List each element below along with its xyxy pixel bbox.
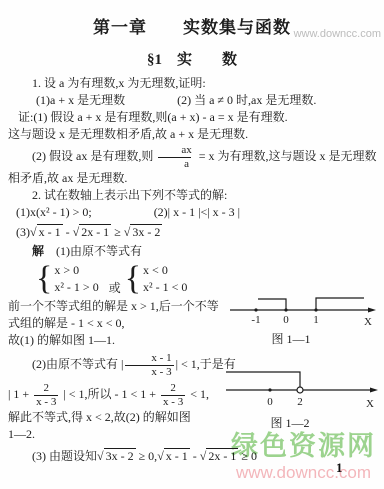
tick-label: -1 — [251, 314, 260, 326]
tick-label: 0 — [283, 314, 289, 326]
axis-label: X — [364, 316, 372, 326]
sol2-line2: | 1 + 2x - 3 | < 1,所以 - 1 < 1 + 2x - 3 <… — [8, 379, 246, 409]
sol3-prefix: (3) 由题设知 — [32, 449, 97, 463]
chapter-title: 第一章 实数集与函数 — [8, 13, 376, 38]
problem2-part1: (1)x(x² - 1) > 0; — [16, 205, 92, 219]
problem2-parts: (1)x(x² - 1) > 0;(2)| x - 1 |<| x - 3 | — [8, 204, 376, 221]
interval-bracket-to-2 — [226, 372, 300, 387]
figure-1-1-caption: 图 1—1 — [228, 330, 380, 347]
problem1-part2: (2) 当 a ≠ 0 时,ax 是无理数. — [177, 93, 316, 107]
sqrt-2x-minus-1: √2x - 1 — [200, 448, 239, 463]
problem2-part2: (2)| x - 1 |<| x - 3 | — [154, 205, 240, 219]
tick-label: 1 — [313, 314, 319, 326]
fraction-x1-over-x3: x - 1x - 3 — [125, 353, 173, 378]
figure-1-2: 0 2 X 图 1—2 — [224, 364, 382, 431]
sol3-line: (3) 由题设知√3x - 2 ≥ 0,√x - 1 - √2x - 1 ≥ 0 — [8, 445, 376, 467]
interval-bracket-1-inf — [316, 298, 364, 309]
system-right-row1: x < 0 — [143, 262, 187, 279]
solution-intro: 解 (1)由原不等式有 — [8, 243, 376, 260]
fraction-2-over-x3: 2x - 3 — [34, 383, 58, 408]
figure-1-2-caption: 图 1—2 — [224, 414, 382, 431]
sol2-prefix: (2)由原不等式有 | — [32, 357, 123, 371]
sqrt-x-minus-1: √x - 1 — [30, 224, 63, 239]
radicand: 3x - 2 — [104, 448, 136, 463]
radical-sign: √ — [30, 225, 37, 239]
sol2-text2: 1—2. — [8, 426, 246, 443]
sol2-line2-a: | 1 + — [8, 387, 32, 401]
sol1-text1: 前一个不等式组的解是 x > 1,后一个不等 — [8, 298, 246, 315]
sqrt-2x-minus-1: √2x - 1 — [73, 224, 112, 239]
tick-label: 0 — [267, 396, 273, 408]
sol1-text2: 式组的解是 - 1 < x < 0, — [8, 315, 246, 332]
fraction-numerator: 2 — [168, 383, 178, 395]
sqrt-3x-minus-2: √3x - 2 — [124, 224, 163, 239]
open-circle-at-2 — [297, 387, 303, 393]
solution-intro-text: (1)由原不等式有 — [44, 244, 142, 258]
problem1-proof1-line2: 这与题设 x 是无理数相矛盾,故 a + x 是无理数. — [8, 126, 376, 143]
proof2-suffix: = x 为有理数,这与题设 x 是无理数 — [196, 149, 377, 163]
radicand: x - 1 — [37, 224, 63, 239]
radicand: 3x - 2 — [130, 224, 162, 239]
fraction-ax-over-a: axa — [155, 145, 193, 170]
sol1-text3: 故(1) 的解如图 1—1. — [8, 332, 246, 349]
radicand: x - 1 — [164, 448, 190, 463]
problem1-parts: (1)a + x 是无理数(2) 当 a ≠ 0 时,ax 是无理数. — [8, 92, 376, 109]
left-brace: { — [36, 262, 52, 296]
textbook-page: www.downcc.com 绿色资源网 www.downcc.com 1 第一… — [0, 0, 384, 489]
sol3-mid1: ≥ 0, — [136, 449, 158, 463]
part3-prefix: (3) — [16, 225, 30, 239]
part3-minus: - — [63, 225, 73, 239]
problem1-proof2-line2: 相矛盾,故 ax 是无理数. — [8, 170, 376, 187]
section-title: §1 实 数 — [8, 48, 376, 69]
left-text-column: 前一个不等式组的解是 x > 1,后一个不等 式组的解是 - 1 < x < 0… — [8, 298, 246, 443]
tick-dot — [254, 308, 257, 311]
part3-geq: ≥ — [111, 225, 124, 239]
system-right: x < 0 x² - 1 < 0 — [143, 262, 187, 296]
tick-label: 2 — [297, 396, 303, 408]
interval-bracket-minus1-0 — [258, 299, 286, 309]
proof2-prefix: (2) 假设 ax 是有理数,则 — [32, 149, 153, 163]
tick-dot — [268, 388, 271, 391]
number-line-2: 0 2 X — [224, 364, 382, 410]
axis-arrow — [368, 308, 376, 313]
axis-label: X — [366, 398, 374, 410]
page-number: 1 — [336, 460, 343, 476]
radical-sign: √ — [97, 449, 104, 463]
sol2-text1: 解此不等式,得 x < 2,故(2) 的解如图 — [8, 409, 246, 426]
fraction-2-over-x3: 2x - 3 — [161, 383, 185, 408]
system-left-row2: x² - 1 > 0 — [54, 279, 98, 296]
system-left: x > 0 x² - 1 > 0 — [54, 262, 98, 296]
left-brace: { — [125, 262, 141, 296]
radicand: 2x - 1 — [206, 448, 238, 463]
problem1-statement: 1. 设 a 为有理数,x 为无理数,证明: — [8, 75, 376, 92]
problem2-part3: (3)√x - 1 - √2x - 1 ≥ √3x - 2 — [16, 221, 376, 243]
problem1-proof2-line1: (2) 假设 ax 是有理数,则axa = x 为有理数,这与题设 x 是无理数 — [8, 143, 376, 170]
number-line-1: -1 0 1 X — [228, 286, 380, 326]
fraction-numerator: 2 — [42, 383, 52, 395]
fraction-denominator: x - 3 — [125, 365, 173, 378]
axis-arrow — [370, 388, 378, 393]
fraction-numerator: ax — [155, 145, 193, 157]
fraction-denominator: x - 3 — [34, 395, 58, 408]
radicand: 2x - 1 — [79, 224, 111, 239]
radical-sign: √ — [157, 449, 164, 463]
system-right-row2: x² - 1 < 0 — [143, 279, 187, 296]
or-label: 或 — [109, 280, 121, 296]
problem1-part1: (1)a + x 是无理数 — [36, 93, 125, 107]
figure-1-1: -1 0 1 X 图 1—1 — [228, 286, 380, 347]
sol3-mid2: - — [190, 449, 200, 463]
sqrt-3x-minus-2: √3x - 2 — [97, 448, 136, 463]
sol3-suffix: ≥ 0 — [238, 449, 257, 463]
sol2-line2-c: < 1, — [187, 387, 209, 401]
sol2-line2-b: | < 1,所以 - 1 < 1 + — [60, 387, 159, 401]
fraction-denominator: a — [158, 157, 191, 170]
system-left-row1: x > 0 — [54, 262, 98, 279]
problem1-proof1-line1: 证:(1) 假设 a + x 是有理数,则(a + x) - a = x 是有理… — [8, 109, 376, 126]
fraction-numerator: x - 1 — [125, 353, 173, 365]
problem2-statement: 2. 试在数轴上表示出下列不等式的解: — [8, 187, 376, 204]
sqrt-x-minus-1: √x - 1 — [157, 448, 190, 463]
fraction-denominator: x - 3 — [161, 395, 185, 408]
solution-label: 解 — [32, 244, 44, 258]
sol2-line1: (2)由原不等式有 |x - 1x - 3| < 1,于是有 — [8, 349, 246, 379]
